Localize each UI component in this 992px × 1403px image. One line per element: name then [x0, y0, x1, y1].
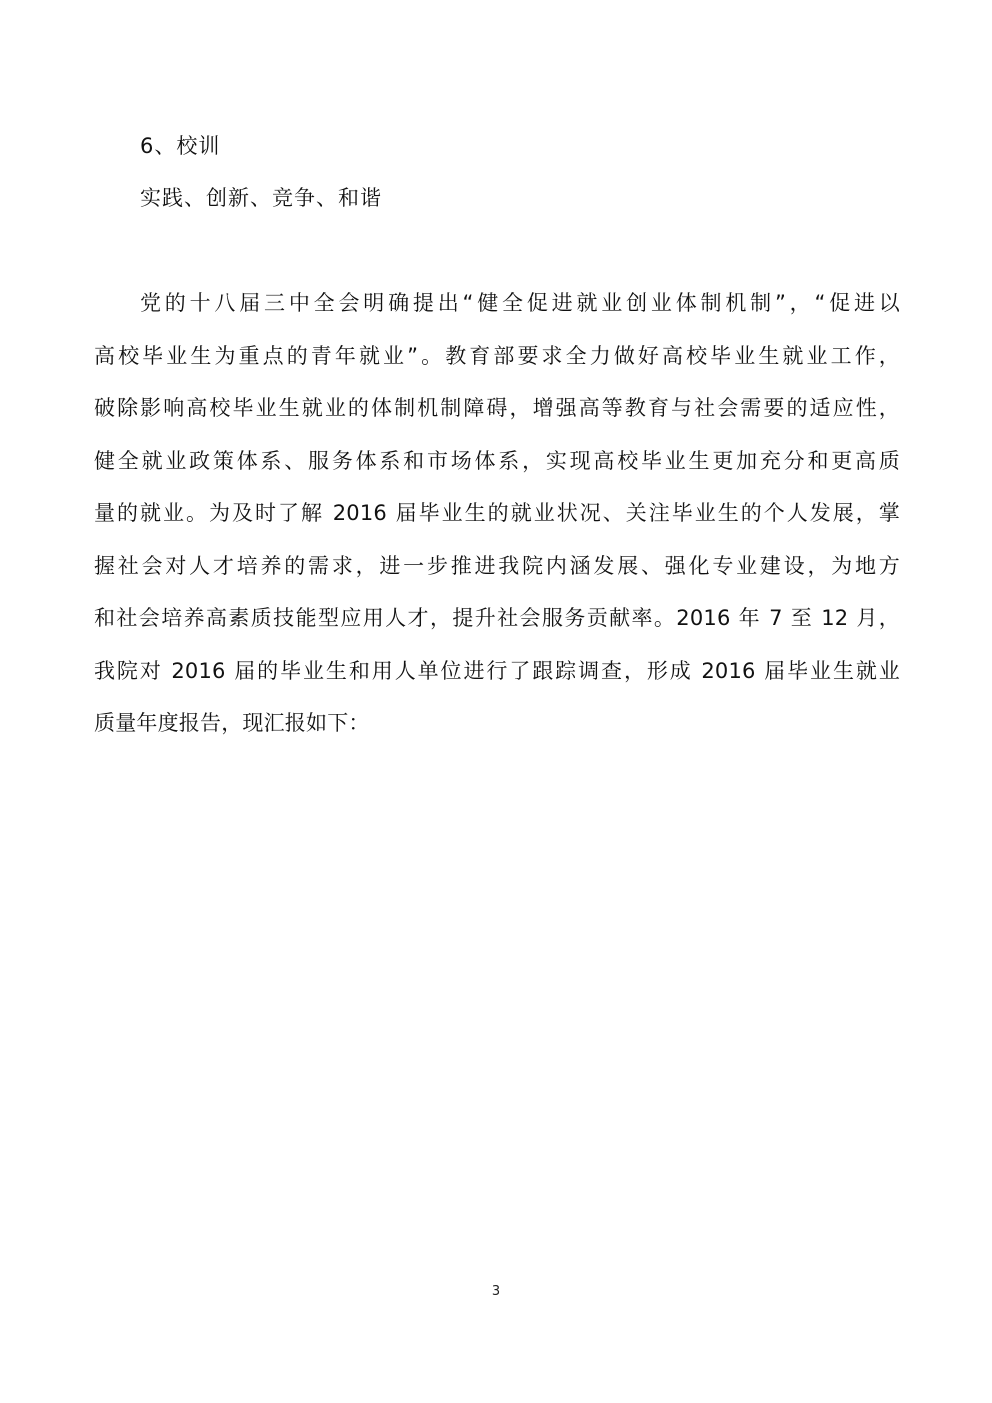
paragraph-line: 健全就业政策体系、服务体系和市场体系，实现高校毕业生更加充分和更高质 [94, 438, 900, 491]
paragraph-line: 党的十八届三中全会明确提出“健全促进就业创业体制机制”，“促进以 [94, 280, 900, 333]
paragraph-line: 和社会培养高素质技能型应用人才，提升社会服务贡献率。2016 年 7 至 12 … [94, 595, 900, 648]
document-page: 6、校训 实践、创新、竞争、和谐 党的十八届三中全会明确提出“健全促进就业创业体… [0, 0, 992, 1403]
paragraph-line: 破除影响高校毕业生就业的体制机制障碍，增强高等教育与社会需要的适应性， [94, 385, 900, 438]
paragraph-line: 量的就业。为及时了解 2016 届毕业生的就业状况、关注毕业生的个人发展，掌 [94, 490, 900, 543]
paragraph-line: 我院对 2016 届的毕业生和用人单位进行了跟踪调查，形成 2016 届毕业生就… [94, 648, 900, 701]
page-number: 3 [0, 1284, 992, 1299]
school-motto: 实践、创新、竞争、和谐 [140, 184, 382, 212]
section-heading: 6、校训 [140, 132, 220, 160]
intro-paragraph: 党的十八届三中全会明确提出“健全促进就业创业体制机制”，“促进以 高校毕业生为重… [94, 280, 900, 753]
paragraph-line: 高校毕业生为重点的青年就业”。教育部要求全力做好高校毕业生就业工作， [94, 333, 900, 386]
paragraph-line: 握社会对人才培养的需求，进一步推进我院内涵发展、强化专业建设，为地方 [94, 543, 900, 596]
paragraph-line: 质量年度报告，现汇报如下： [94, 700, 900, 753]
